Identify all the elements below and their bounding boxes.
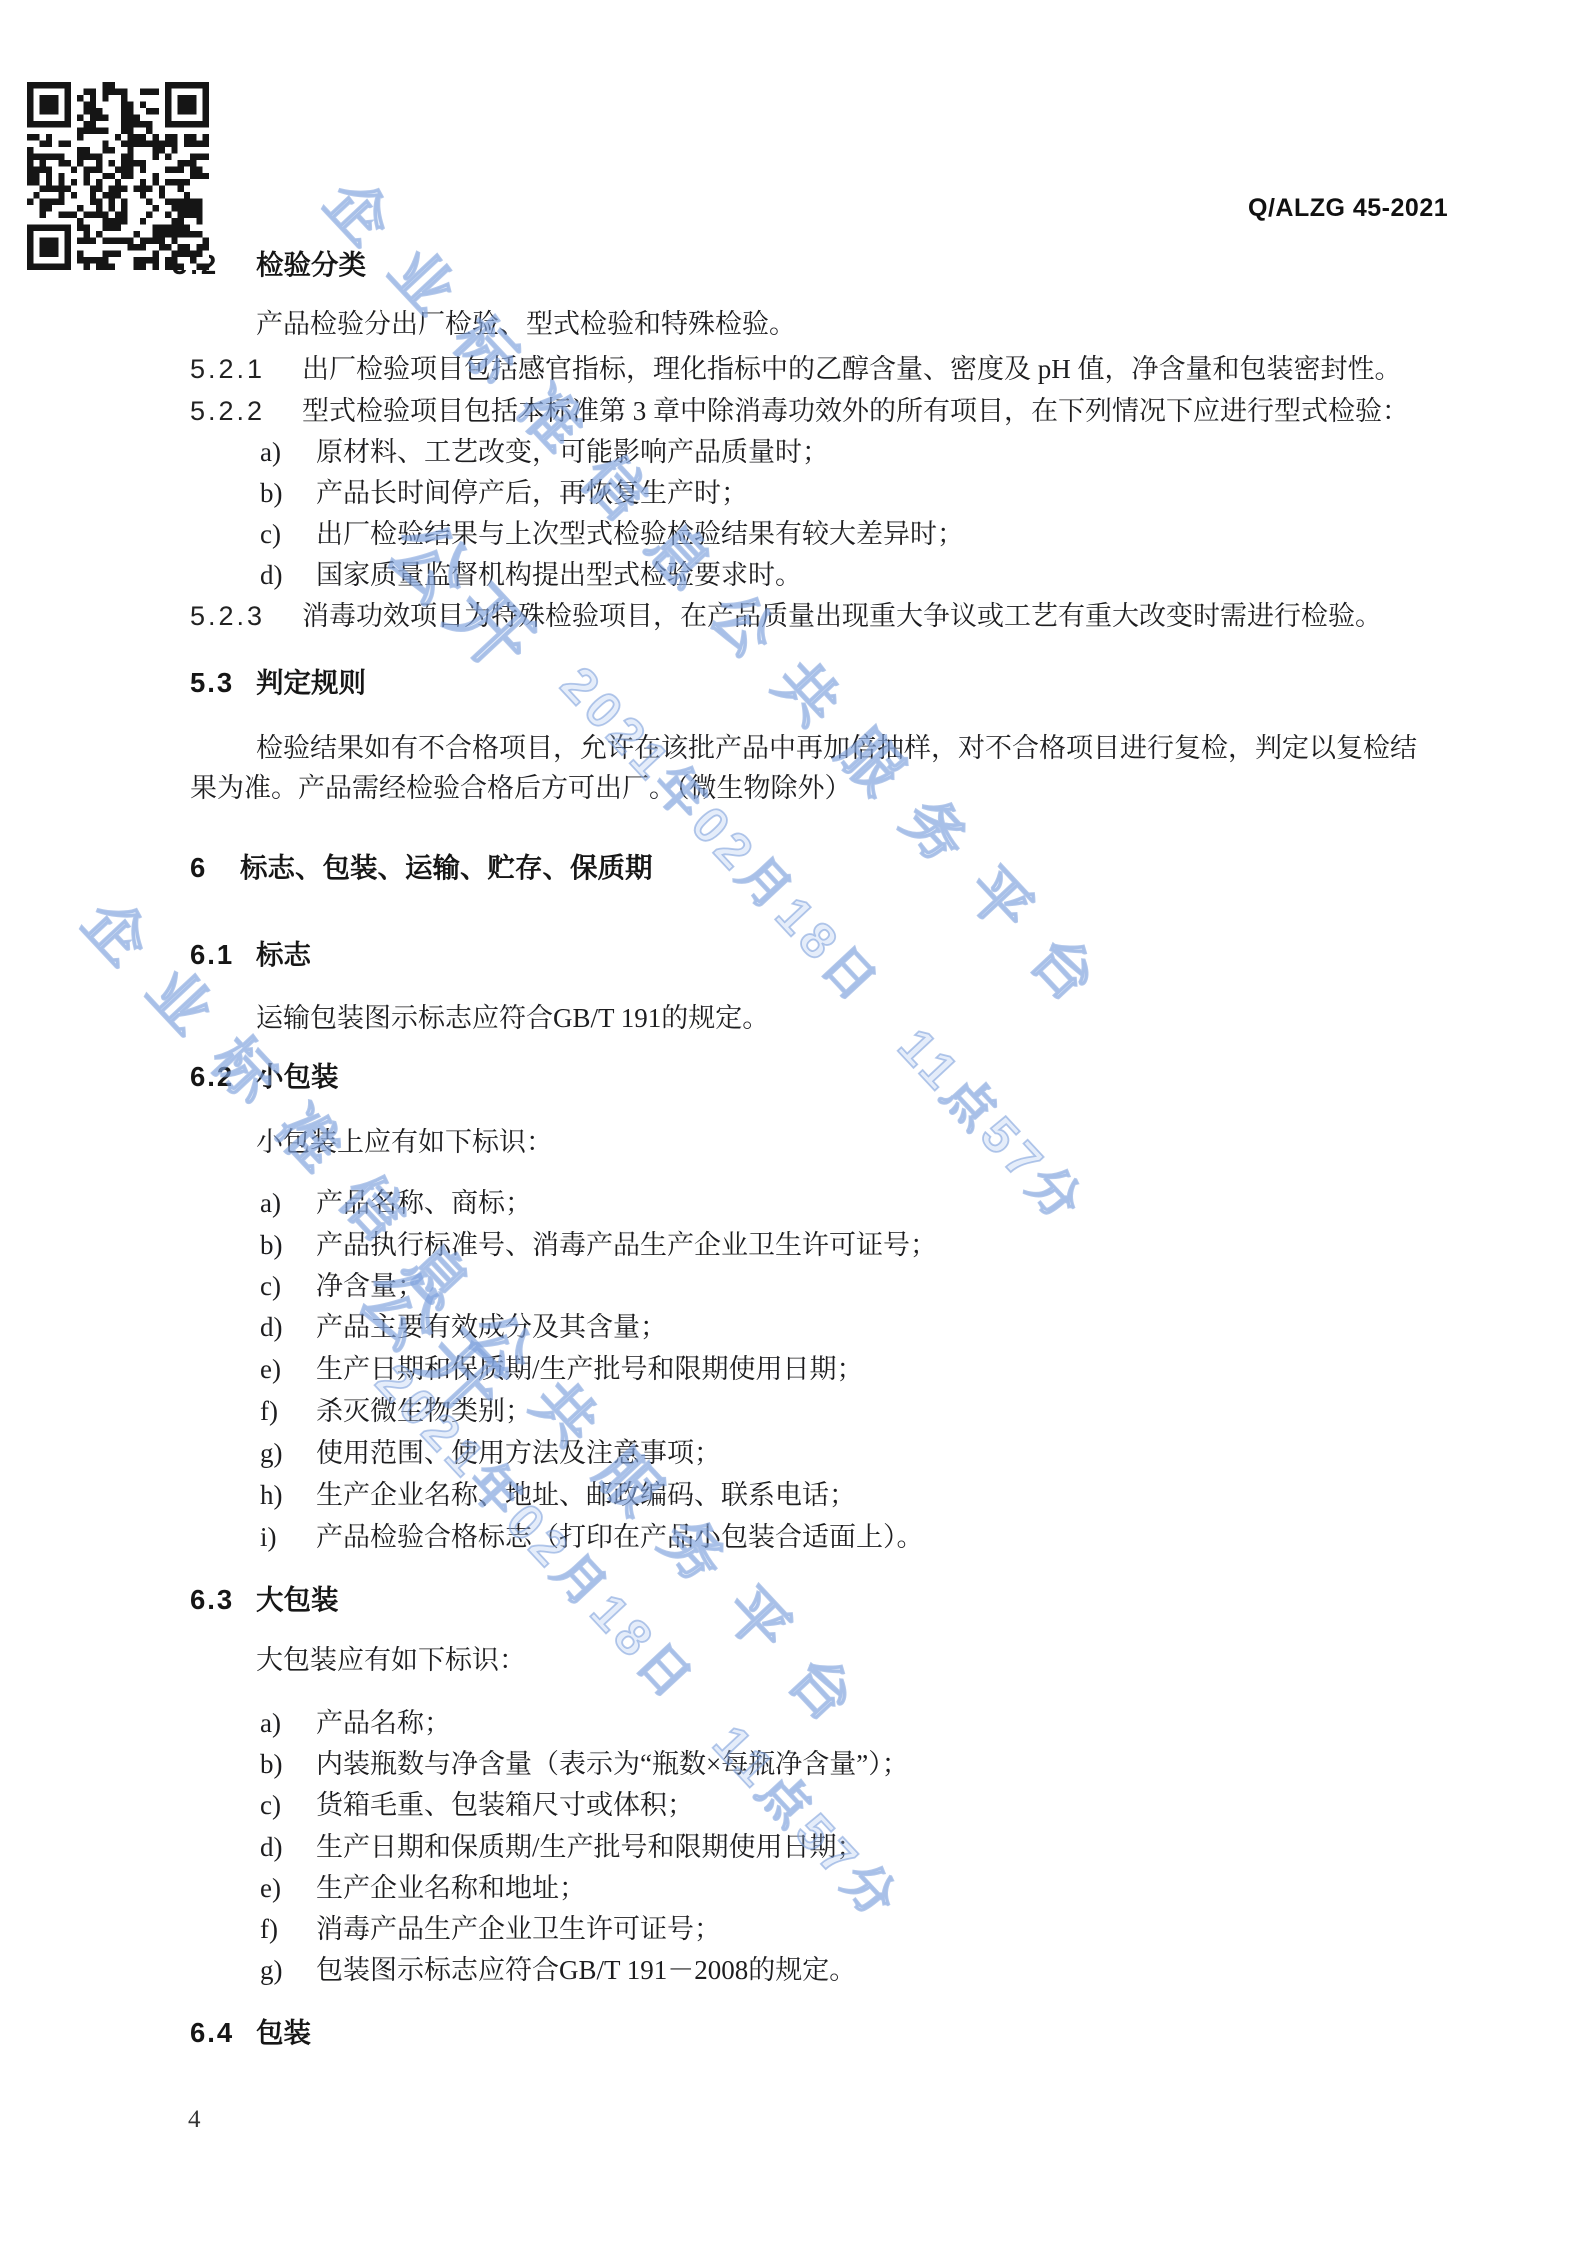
section-heading-6-2: 6.2小包装 (190, 1062, 339, 1092)
clause-number: 5.2.2 (190, 396, 302, 426)
list-item: c)出厂检验结果与上次型式检验检验结果有较大差异时； (260, 519, 964, 549)
list-item: h)生产企业名称、地址、邮政编码、联系电话； (260, 1480, 856, 1510)
section-title: 大包装 (256, 1584, 339, 1615)
section-title: 检验分类 (256, 249, 366, 280)
paragraph-6-3: 大包装应有如下标识： (256, 1645, 526, 1675)
list-item: d)生产日期和保质期/生产批号和限期使用日期； (260, 1832, 864, 1862)
list-label: h) (260, 1480, 316, 1510)
list-label: b) (260, 478, 316, 508)
list-item: a)原材料、工艺改变，可能影响产品质量时； (260, 437, 829, 467)
section-title: 标志 (256, 939, 311, 970)
section-title: 小包装 (256, 1061, 339, 1092)
document-page: Q/ALZG 45-2021 5.2检验分类 产品检验分出厂检验、型式检验和特殊… (0, 0, 1588, 2245)
clause-text: 消毒功效项目为特殊检验项目，在产品质量出现重大争议或工艺有重大改变时需进行检验。 (302, 601, 1382, 631)
list-text: 生产日期和保质期/生产批号和限期使用日期； (316, 1354, 864, 1384)
list-text: 原材料、工艺改变，可能影响产品质量时； (316, 437, 829, 467)
list-label: b) (260, 1230, 316, 1260)
list-text: 货箱毛重、包装箱尺寸或体积； (316, 1790, 694, 1820)
list-label: i) (260, 1522, 316, 1552)
list-text: 使用范围、使用方法及注意事项； (316, 1438, 721, 1468)
list-item: i)产品检验合格标志（打印在产品小包装合适面上）。 (260, 1522, 924, 1552)
clause-text: 型式检验项目包括本标准第 3 章中除消毒功效外的所有项目，在下列情况下应进行型式… (302, 396, 1409, 426)
list-item: a)产品名称； (260, 1708, 451, 1738)
section-title: 包装 (256, 2017, 311, 2048)
list-label: d) (260, 560, 316, 590)
page-number: 4 (188, 2106, 201, 2134)
section-number: 6.2 (190, 1062, 256, 1092)
list-label: c) (260, 1790, 316, 1820)
list-item: c)净含量； (260, 1271, 424, 1301)
list-text: 国家质量监督机构提出型式检验要求时。 (316, 560, 802, 590)
list-text: 杀灭微生物类别； (316, 1396, 532, 1426)
list-text: 生产日期和保质期/生产批号和限期使用日期； (316, 1832, 864, 1862)
section-number: 6.1 (190, 940, 256, 970)
list-item: b)内装瓶数与净含量（表示为“瓶数×每瓶净含量”）； (260, 1749, 909, 1779)
list-item: c)货箱毛重、包装箱尺寸或体积； (260, 1790, 694, 1820)
clause-5-2-2: 5.2.2型式检验项目包括本标准第 3 章中除消毒功效外的所有项目，在下列情况下… (190, 396, 1409, 426)
list-item: f)消毒产品生产企业卫生许可证号； (260, 1914, 721, 1944)
list-text: 产品检验合格标志（打印在产品小包装合适面上）。 (316, 1522, 924, 1552)
list-item: e)生产日期和保质期/生产批号和限期使用日期； (260, 1354, 864, 1384)
section-number: 5.3 (190, 668, 256, 698)
paragraph-6-1: 运输包装图示标志应符合GB/T 191的规定。 (256, 1003, 769, 1033)
list-text: 产品名称、商标； (316, 1188, 532, 1218)
section-heading-5-3: 5.3判定规则 (190, 668, 366, 698)
clause-number: 5.2.1 (190, 354, 302, 384)
list-item: b)产品长时间停产后，再恢复生产时； (260, 478, 748, 508)
section-number: 6.4 (190, 2018, 256, 2048)
list-text: 产品名称； (316, 1708, 451, 1738)
list-label: e) (260, 1354, 316, 1384)
paragraph-6-2: 小包装上应有如下标识： (256, 1127, 553, 1157)
section-number: 6 (190, 853, 240, 883)
list-text: 生产企业名称和地址； (316, 1873, 586, 1903)
list-label: g) (260, 1955, 316, 1985)
section-number: 6.3 (190, 1585, 256, 1615)
list-text: 消毒产品生产企业卫生许可证号； (316, 1914, 721, 1944)
list-text: 内装瓶数与净含量（表示为“瓶数×每瓶净含量”）； (316, 1749, 909, 1779)
list-label: b) (260, 1749, 316, 1779)
list-label: f) (260, 1396, 316, 1426)
list-item: d)产品主要有效成分及其含量； (260, 1312, 667, 1342)
list-item: e)生产企业名称和地址； (260, 1873, 586, 1903)
qr-code-icon (27, 82, 209, 270)
paragraph-5-3-line1: 检验结果如有不合格项目，允许在该批产品中再加倍抽样，对不合格项目进行复检，判定以… (256, 733, 1417, 763)
section-title: 判定规则 (256, 667, 366, 698)
list-label: d) (260, 1832, 316, 1862)
list-label: c) (260, 519, 316, 549)
list-label: e) (260, 1873, 316, 1903)
doc-code: Q/ALZG 45-2021 (1248, 194, 1448, 223)
clause-number: 5.2.3 (190, 601, 302, 631)
list-label: d) (260, 1312, 316, 1342)
paragraph-5-3-line2: 果为准。产品需经检验合格后方可出厂。（微生物除外） (190, 773, 852, 803)
section-heading-6-4: 6.4包装 (190, 2018, 311, 2048)
clause-5-2-3: 5.2.3消毒功效项目为特殊检验项目，在产品质量出现重大争议或工艺有重大改变时需… (190, 601, 1382, 631)
list-label: a) (260, 1188, 316, 1218)
list-text: 生产企业名称、地址、邮政编码、联系电话； (316, 1480, 856, 1510)
watermark-brand-text: 企业标准信息公共服务平台 (309, 158, 1141, 1042)
list-text: 产品执行标准号、消毒产品生产企业卫生许可证号； (316, 1230, 937, 1260)
list-label: f) (260, 1914, 316, 1944)
section-heading-6-1: 6.1标志 (190, 940, 311, 970)
list-label: c) (260, 1271, 316, 1301)
list-item: f)杀灭微生物类别； (260, 1396, 532, 1426)
list-item: a)产品名称、商标； (260, 1188, 532, 1218)
list-text: 出厂检验结果与上次型式检验检验结果有较大差异时； (316, 519, 964, 549)
clause-5-2-1: 5.2.1出厂检验项目包括感官指标，理化指标中的乙醇含量、密度及 pH 值，净含… (190, 354, 1402, 384)
list-item: d)国家质量监督机构提出型式检验要求时。 (260, 560, 802, 590)
list-text: 净含量； (316, 1271, 424, 1301)
list-item: b)产品执行标准号、消毒产品生产企业卫生许可证号； (260, 1230, 937, 1260)
list-text: 包装图示标志应符合GB/T 191－2008的规定。 (316, 1955, 856, 1985)
list-label: a) (260, 437, 316, 467)
clause-text: 出厂检验项目包括感官指标，理化指标中的乙醇含量、密度及 pH 值，净含量和包装密… (302, 354, 1402, 384)
list-item: g)包装图示标志应符合GB/T 191－2008的规定。 (260, 1955, 856, 1985)
paragraph-5-2: 产品检验分出厂检验、型式检验和特殊检验。 (256, 309, 796, 339)
list-text: 产品长时间停产后，再恢复生产时； (316, 478, 748, 508)
section-heading-6-3: 6.3大包装 (190, 1585, 339, 1615)
list-text: 产品主要有效成分及其含量； (316, 1312, 667, 1342)
list-label: g) (260, 1438, 316, 1468)
list-item: g)使用范围、使用方法及注意事项； (260, 1438, 721, 1468)
section-title: 标志、包装、运输、贮存、保质期 (240, 852, 653, 883)
list-label: a) (260, 1708, 316, 1738)
section-heading-6: 6标志、包装、运输、贮存、保质期 (190, 853, 653, 883)
